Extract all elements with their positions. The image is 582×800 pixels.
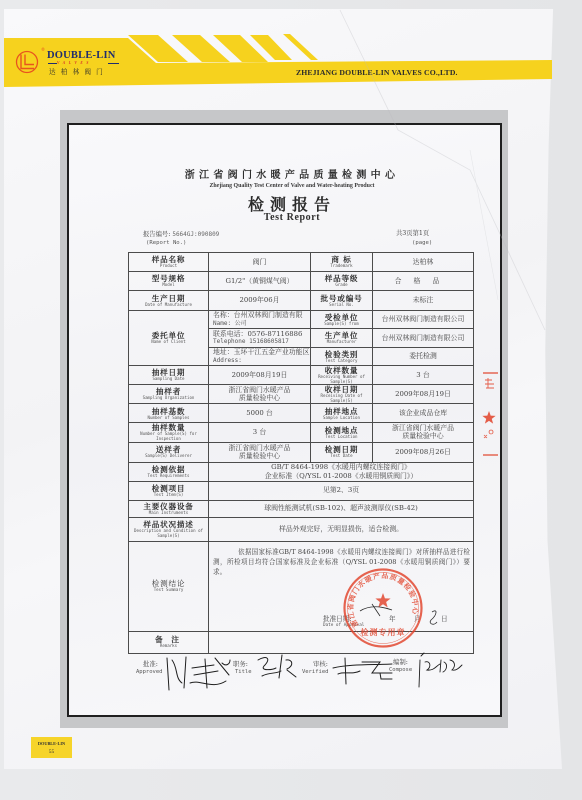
value-line: 浙江省阀门水暖产品 <box>209 444 310 453</box>
label-en: Manufacturer <box>311 340 372 345</box>
label-en: Date of Manufacture <box>129 303 208 308</box>
report-number-label-en: (Report No.) <box>146 240 186 246</box>
manufacture-date-value: 2009年06月 <box>209 291 311 311</box>
approved-label: 批准: <box>143 659 158 668</box>
sample-location-label: 抽样地点Sample Location <box>311 404 373 423</box>
table-row: 委托单位Name of Client 名称：台州双林阀门制造有限Name: 公司… <box>129 311 474 329</box>
test-date-value: 2009年08月26日 <box>373 442 474 462</box>
sample-from-label: 受检单位Sample(S) from <box>311 311 373 329</box>
table-row: 型号规格Model G1/2"（黄铜煤气阀） 样品等级Grade 合格品 <box>129 272 474 291</box>
report-table: 样品名称Product 阀门 商 标Trademark 达柏林 型号规格Mode… <box>128 252 474 654</box>
label-en: Number of Samples <box>129 416 208 421</box>
label-en: Product <box>129 264 208 269</box>
brand-name-chinese: 达柏林阀门 <box>49 66 108 76</box>
test-category-value: 委托检测 <box>373 348 474 366</box>
test-category-label: 检验类别Test Category <box>311 348 373 366</box>
table-row: 抽样日期Sampling Date 2009年08月19日 收样数量Receiv… <box>129 366 474 385</box>
sampling-date-value: 2009年08月19日 <box>209 366 311 385</box>
label-en: Name of Client <box>129 340 208 345</box>
value-line: 质量检验中心 <box>209 452 310 461</box>
table-row: 抽样者Sampling Organization 浙江省阀门水暖产品质量检验中心… <box>129 385 474 404</box>
table-row: 样品状况描述Description and Condition of Sampl… <box>129 517 474 541</box>
label-en: Receiving Number of Sample(S) <box>311 375 372 384</box>
number-for-inspection-value: 3 台 <box>209 423 311 442</box>
sampling-org-value: 浙江省阀门水暖产品质量检验中心 <box>209 385 311 404</box>
client-phone-line: Telephone 15168605817 <box>213 338 310 347</box>
product-value: 阀门 <box>209 253 311 272</box>
brand-tagline: VALVES <box>57 61 92 65</box>
label-en: Test Date <box>311 454 372 459</box>
serial-no-label: 批号或编号Serial No. <box>311 291 373 311</box>
title-label: 职务: <box>233 659 248 668</box>
table-row: 抽样基数Number of Samples 5000 台 抽样地点Sample … <box>129 404 474 423</box>
label-en: Trademark <box>311 264 372 269</box>
sampling-date-label: 抽样日期Sampling Date <box>129 366 209 385</box>
test-items-label: 检测项目Test Item(S) <box>129 481 209 500</box>
table-row: 抽样数量Number of Sample(S) for Inspection 3… <box>129 423 474 442</box>
label-en: Test Summary <box>129 588 208 593</box>
footer-brand: DOUBLE-LIN <box>31 741 72 746</box>
label-en: Test Category <box>311 359 372 364</box>
test-summary-box: 依据国家标准GB/T 8464-1998《水暖用内螺纹连接阀门》对所抽样品进行检… <box>209 542 473 630</box>
sample-location-value: 该企业成品仓库 <box>373 404 474 423</box>
test-location-label: 检测地点Test Location <box>311 423 373 442</box>
label-en: Receiving Date of Sample(S) <box>311 394 372 403</box>
page-count: 共3页第1页 <box>396 228 429 237</box>
value-line: 企业标准（Q/YSL 01-2008《水暖用铜质阀门》） <box>209 472 473 481</box>
test-location-value: 浙江省阀门水暖产品质量检验中心 <box>373 423 474 442</box>
value-line: GB/T 8464-1998《水暖用内螺纹连接阀门》 <box>209 463 473 472</box>
label-en: Sampling Date <box>129 377 208 382</box>
table-row: 生产日期Date of Manufacture 2009年06月 批号或编号Se… <box>129 291 474 311</box>
client-phone: 联系电话：0576-87116886Telephone 15168605817 <box>209 329 311 348</box>
receiving-number-value: 3 台 <box>373 366 474 385</box>
label-en: Test Item(S) <box>129 493 208 498</box>
value-line: 质量检验中心 <box>373 432 473 441</box>
receiving-number-label: 收样数量Receiving Number of Sample(S) <box>311 366 373 385</box>
verified-label: 审核: <box>313 659 328 668</box>
table-row: 检测依据Test Requirements GB/T 8464-1998《水暖用… <box>129 462 474 481</box>
approval-year-char: 年 <box>389 613 396 623</box>
company-name: ZHEJIANG DOUBLE-LIN VALVES CO.,LTD. <box>296 68 458 77</box>
label-en: Sample(S) Deliverer <box>129 454 208 459</box>
value-line: 浙江省阀门水暖产品 <box>209 386 310 395</box>
number-of-samples-label: 抽样基数Number of Samples <box>129 404 209 423</box>
test-summary-text: 依据国家标准GB/T 8464-1998《水暖用内螺纹连接阀门》对所抽样品进行检… <box>213 547 470 577</box>
brand-name: DOUBLE-LIN <box>47 50 116 61</box>
manufacturer-label: 生产单位Manufacturer <box>311 329 373 348</box>
label-en: Grade <box>311 283 372 288</box>
grade-value: 合格品 <box>373 272 474 291</box>
client-label: 委托单位Name of Client <box>129 311 209 366</box>
client-name-line: Name: 公司 <box>213 320 310 329</box>
label-en: Sample(S) from <box>311 322 372 327</box>
test-requirements-value: GB/T 8464-1998《水暖用内螺纹连接阀门》企业标准（Q/YSL 01-… <box>209 462 474 481</box>
manufacture-date-label: 生产日期Date of Manufacture <box>129 291 209 311</box>
test-summary-label: 检测结论Test Summary <box>129 541 209 631</box>
main-instruments-label: 主要仪器设备Main Instruments <box>129 500 209 517</box>
table-row: 送样者Sample(S) Deliverer 浙江省阀门水暖产品质量检验中心 检… <box>129 442 474 462</box>
test-summary-cell: 依据国家标准GB/T 8464-1998《水暖用内螺纹连接阀门》对所抽样品进行检… <box>209 541 474 631</box>
receiving-date-label: 收样日期Receiving Date of Sample(S) <box>311 385 373 404</box>
report-number: 报告编号: 5664GJ:090809 <box>143 229 219 238</box>
registered-mark: ® <box>41 47 45 52</box>
tagline-rule-right <box>108 63 119 64</box>
report-number-value: 5664GJ:090809 <box>172 231 219 238</box>
product-label: 样品名称Product <box>129 253 209 272</box>
table-row: 样品名称Product 阀门 商 标Trademark 达柏林 <box>129 253 474 272</box>
label-en: Main Instruments <box>129 511 208 516</box>
grade-label: 样品等级Grade <box>311 272 373 291</box>
test-requirements-label: 检测依据Test Requirements <box>129 462 209 481</box>
report-title-en: Test Report <box>90 212 494 223</box>
client-name-line: 名称：台州双林阀门制造有限 <box>213 311 310 320</box>
table-row: 备 注Remarks <box>129 631 474 653</box>
test-items-value: 见第2、3页 <box>209 481 474 500</box>
table-row: 检测结论Test Summary 依据国家标准GB/T 8464-1998《水暖… <box>129 541 474 631</box>
approved-label-en: Approved <box>136 669 163 675</box>
remarks-value <box>209 631 474 653</box>
table-row: 检测项目Test Item(S) 见第2、3页 <box>129 481 474 500</box>
label-en: Remarks <box>129 644 208 649</box>
approval-date-label: 批准日期: <box>323 613 352 623</box>
trademark-label: 商 标Trademark <box>311 253 373 272</box>
label-en: Serial No. <box>311 303 372 308</box>
sampling-org-label: 抽样者Sampling Organization <box>129 385 209 404</box>
approval-day-char: 日 <box>441 613 448 623</box>
approval-date-label-en: Date of Approval <box>323 623 364 628</box>
label-en: Number of Sample(S) for Inspection <box>129 432 208 441</box>
label-en: Model <box>129 283 208 288</box>
remarks-label: 备 注Remarks <box>129 631 209 653</box>
label-en: Test Location <box>311 435 372 440</box>
client-name: 名称：台州双林阀门制造有限Name: 公司 <box>209 311 311 329</box>
model-value: G1/2"（黄铜煤气阀） <box>209 272 311 291</box>
label-en: Test Requirements <box>129 474 208 479</box>
approval-month-char: 月 <box>414 613 421 623</box>
deliverer-value: 浙江省阀门水暖产品质量检验中心 <box>209 442 311 462</box>
page-count-label-en: (page) <box>412 240 432 246</box>
scanned-page: ® DOUBLE-LIN VALVES 达柏林阀门 ZHEJIANG DOUBL… <box>0 0 582 800</box>
compose-label-en: Compose <box>389 667 412 673</box>
test-center-name: 浙江省阀门水暖产品质量检测中心 <box>90 166 494 181</box>
test-center-name-en: Zhejiang Quality Test Center of Valve an… <box>90 183 494 189</box>
table-row: 主要仪器设备Main Instruments 球阀性能测试机(SB-102)、超… <box>129 500 474 517</box>
footer-page-number: 55 <box>31 749 72 755</box>
verified-label-en: Verified <box>302 669 329 675</box>
sample-from-value: 台州双林阀门制造有限公司 <box>373 311 474 329</box>
number-of-samples-value: 5000 台 <box>209 404 311 423</box>
number-for-inspection-label: 抽样数量Number of Sample(S) for Inspection <box>129 423 209 442</box>
deliverer-label: 送样者Sample(S) Deliverer <box>129 442 209 462</box>
test-date-label: 检测日期Test Date <box>311 442 373 462</box>
main-instruments-value: 球阀性能测试机(SB-102)、超声波测厚仪(SB-42) <box>209 500 474 517</box>
tagline-rule-left <box>48 63 57 64</box>
client-address-line: Address: <box>213 357 310 366</box>
value-line: 质量检验中心 <box>209 394 310 403</box>
sample-condition-value: 样品外观完好，无明显损伤，适合检测。 <box>209 517 474 541</box>
label-en: Sampling Organization <box>129 396 208 401</box>
sample-condition-label: 样品状况描述Description and Condition of Sampl… <box>129 517 209 541</box>
receiving-date-value: 2009年08月19日 <box>373 385 474 404</box>
client-phone-line: 联系电话：0576-87116886 <box>213 330 310 339</box>
manufacturer-value: 台州双林阀门制造有限公司 <box>373 329 474 348</box>
client-address: 地址：玉环干江五金产业功能区Address: <box>209 348 311 366</box>
report-number-label: 报告编号: <box>143 231 170 238</box>
footer-brand-tag: DOUBLE-LIN 55 <box>31 737 72 758</box>
label-en: Description and Condition of Sample(S) <box>129 529 208 538</box>
title-label-en: Title <box>235 669 252 675</box>
compose-label: 编制: <box>393 657 408 666</box>
model-label: 型号规格Model <box>129 272 209 291</box>
client-address-line: 地址：玉环干江五金产业功能区 <box>213 348 310 357</box>
serial-no-value: 未标注 <box>373 291 474 311</box>
label-en: Sample Location <box>311 416 372 421</box>
trademark-value: 达柏林 <box>373 253 474 272</box>
